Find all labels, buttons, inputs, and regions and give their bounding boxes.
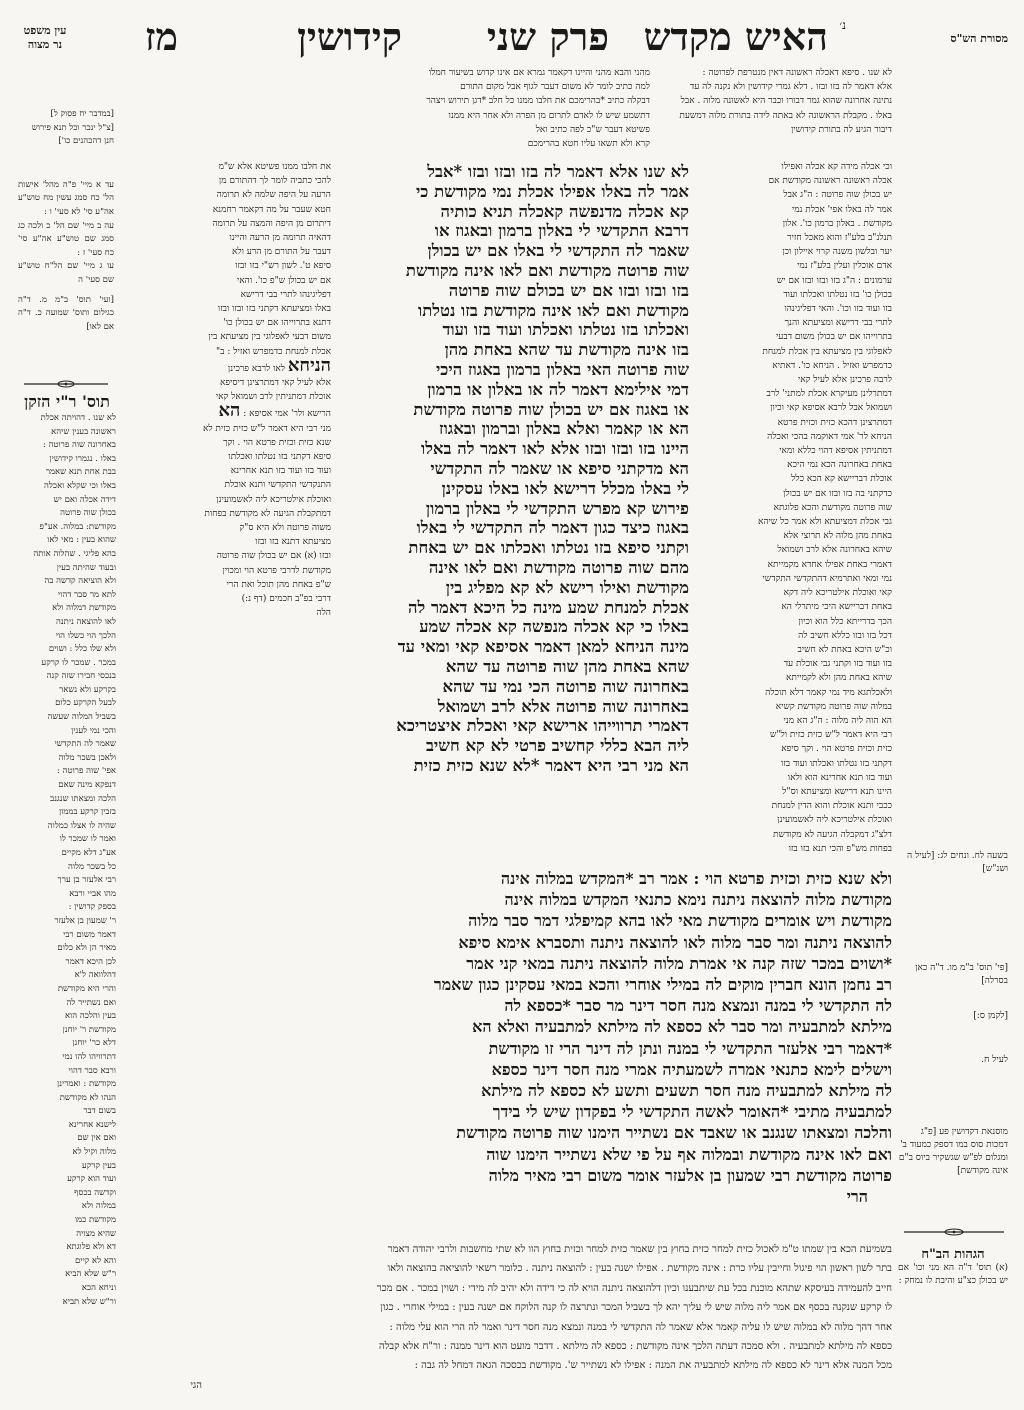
rashi-line: בכולן כו' בזו נטלתו ואכלתו ועוד	[692, 288, 892, 302]
rashi-line: אלא דאמר לה בזו ובזו . דלא גמרי קידושין …	[654, 80, 892, 94]
gemara-line: מהם שוה פרוטה מקודשת ואם לאו אינה	[359, 558, 689, 578]
rashi-line: אדם אוכלין ועלין בלע"ז נמי	[692, 259, 892, 273]
gemara-line: ואכלתו בזו נטלתו ואכלתו ועוד בזו ועוד	[359, 320, 689, 340]
tosafot-line: קרא ולא תשאו עליו חטא בהרימכם	[380, 137, 650, 151]
tosafot-rid-line: ר' שמעון בן אלעזר	[18, 915, 116, 929]
gemara-line: היינו בזו ובזו ובזו אלא לאו דאמר לה באלו	[359, 439, 689, 459]
tosafot-rid-line: וניחא הכא	[18, 1282, 116, 1296]
tosafot-rid-line: לא שנו . דהויתה אכלת	[18, 412, 116, 426]
rashi-line: אמר לה באלו אפי' אכלת נמי	[692, 203, 892, 217]
rashi-line: הכך בדרייתא כלל הוא וכיון	[692, 615, 892, 629]
rashi-line: דמתרלינן מעיקרא אכלת למתני' לרב	[692, 387, 892, 401]
tosafot-rid-line: מקודשת ר' יוחנן	[18, 1024, 116, 1038]
rashi-line: בתרוייהו אם יש בכולן משום דבעי	[692, 330, 892, 344]
tosafot-rid-line: וקדשה בכסף	[18, 1187, 116, 1201]
gemara-wide-line: להוצאה ניתנה ומר סבר מלוה לאו להוצאה נית…	[132, 932, 892, 953]
gemara-line: באלו כי קא אכלה מנפשה קא אכלה שמע	[359, 617, 689, 637]
tosafot-rid-line: בנכסי חבירו שזה קנה	[18, 670, 116, 684]
rashi-line: לא שנו . סיפא דאכלה ראשונה דאין מנטרפת ל…	[654, 66, 892, 80]
tosafot-heading-word: הניחא	[288, 355, 331, 376]
tosafot-rid-line: בעין והלכה הוא	[18, 1010, 116, 1024]
tosafot-rid-line: שהיה לו אצלו כמלוה	[18, 820, 116, 834]
rashi-line: ולאכלתגא מיד נמי קאמר דלא תוכלה	[692, 686, 892, 700]
tosafot-rid-line: בשביל המלוה שעשה	[18, 711, 116, 725]
tosafot-line: דבקלה כתיב *בהרימכם את חלבו ממנו כל חלב …	[380, 94, 650, 108]
gemara-line: הא או קאמר ואלא באלון וברמון ובאגוז	[359, 419, 689, 439]
tosafot-line: משום דבעי לאפלוגי בין מציעתא בין	[126, 330, 331, 344]
rashi-line: הא הוה ליה מלוה : ה"ג הא מני	[692, 714, 892, 728]
tosafot-rid-line: במלוה ולא	[18, 1200, 116, 1214]
rashi-line: רבי היא דאמר ל"ש כזית כזית ול"ש	[692, 728, 892, 742]
tosafot-rid-line: דתרוויהו להו נמי	[18, 1051, 116, 1065]
tosafot-line: מקודשת לדרבי פרטא הוי ומכוין	[126, 564, 331, 578]
tosafot-line-text: הרישא ולר' אמי אסיפא :	[243, 409, 331, 419]
ein-mishpat-label: עין משפט נר מצוה	[16, 24, 74, 52]
tosafot-rid-line: שהיא מצויה	[18, 1228, 116, 1242]
rashi-line: כזית וכזית פרטא הוי . וקך סיפא	[692, 742, 892, 756]
rashi-line: דאמרי באחת אפילו אחדא מקמייתא	[692, 558, 892, 572]
tosafot-rid-line: הלכה ומצאתו שנגנב	[18, 793, 116, 807]
folio-mark: נ׳	[839, 18, 846, 33]
tosafot-rid-line: ועוד הוא קרקע	[18, 1173, 116, 1187]
rashi-line: ועוד בזו תנא אחרינא הוא ולאו	[692, 771, 892, 785]
rashi-line: באחת באחרונה הכא נמי היכא	[692, 458, 892, 472]
tosafot-rid-line: מלוה וקיל לא	[18, 1146, 116, 1160]
tosafot-rid-column: תוס' ר"י הזקן לא שנו . דהויתה אכלת ראשונ…	[18, 392, 116, 1407]
gemara-line: בזו אינה מקודשת עד שהא באחת מהן	[359, 340, 689, 360]
rashi-line: לרבה פרכינן אלא לעיל קאי	[692, 373, 892, 387]
rashi-line: אוכלת דבריישא קא הכא כלל	[692, 472, 892, 486]
gemara-line: לי באלו מכלל דרישא לאו באלו עסקינן	[359, 479, 689, 499]
tosafot-rid-line: באלו . נגמרו קידושין	[18, 453, 116, 467]
gemara-wide-line: רב נחמן הונא חברין מוקים לה במילי אוחרי …	[132, 974, 892, 995]
masoret-note: לעיל ח.	[898, 1054, 1008, 1067]
tosafot-line: דהאיה תרומה מן הרעה והיינו	[126, 231, 331, 245]
ein-mishpat-note: [ועי' תוס' ב"מ מ. ד"ה כגילום ותוס' שמועה…	[18, 294, 114, 335]
tosafot-rid-line: בבת אחת תנא שאמר	[18, 466, 116, 480]
tosafot-line: סיפא ט'. לשון רש"י בזו ובזו	[126, 259, 331, 273]
tosafot-line: דתשמע שיש לו לאדם לתרום מן הפרה ולא אחר …	[380, 109, 650, 123]
tosafot-rid-title: תוס' ר"י הזקן	[18, 392, 116, 412]
tosafot-rid-line: מקודשת כמו	[18, 1214, 116, 1228]
tosafot-line: דיתרום מן היפה והמצה על תרומה	[126, 217, 331, 231]
rashi-bottom-line: כספא לה מילתא למתבעיה . ולא סמכה דעתה הל…	[132, 1337, 892, 1356]
gemara-line: דמי אילימא דאמר לה או באלון או ברמון	[359, 380, 689, 400]
tosafot-rid-line: לתא מר סבר דהוי	[18, 589, 116, 603]
rashi-line: לאפלוגי בין מציעתא בין אכלת למנחת	[692, 345, 892, 359]
tosafot-line: דעבר על התורם מן הרע ולא	[126, 245, 331, 259]
tosafot-line: חטא שעבר על מה דקאמר רחמנא	[126, 203, 331, 217]
gemara-line: ליה הבא כללי קחשיב פרטי לא קא חשיב	[359, 736, 689, 756]
tosafot-rid-line: כל בשכר מלוה	[18, 861, 116, 875]
tosafot-rid-line: הנהו לא מקודשת	[18, 1092, 116, 1106]
tosafot-line: מני רבי היא דאמר ל"ש כזית כזית לא	[126, 422, 331, 436]
tosafot-rid-line: באלו וכי שקלא ואכלה	[18, 480, 116, 494]
tosafot-rid-line: שאמר לה התקדשי	[18, 738, 116, 752]
tosafot-line: התנקדשי התקדשי ותנא אוכלת	[126, 478, 331, 492]
gemara-wide-line: וישלים לימא כתנאי אמרה לשמעתיה אמרי מנה …	[132, 1059, 892, 1080]
gemara-line: לא שנו אלא דאמר לה בזו ובזו ובזו *אבל	[359, 162, 689, 182]
rashi-line: כדקתני בה בזו ובזו אם יש בכולן	[692, 487, 892, 501]
tosafot-top-block: מהני והבא מהני והיינו דקאמר גמרא אם אינו…	[380, 66, 650, 158]
tosafot-rid-line: ואם אין שם	[18, 1132, 116, 1146]
tosafot-rid-line: בזבין קרקע בממון	[18, 806, 116, 820]
tosafot-line: באלו ומציעתא דקתני בזו ובזו ובזו	[126, 302, 331, 316]
gemara-wide-line: ואם לאו אינה מקודשת ובמלוה אף על פי שלא …	[132, 1144, 892, 1165]
ner-mitzvah-label-text: נר מצוה	[16, 38, 74, 52]
tosafot-rid-line: מקודשת : ואמרינן	[18, 1078, 116, 1092]
ornament-divider	[904, 1228, 1004, 1236]
rashi-line: גבי אכלת דמציעתא ולא אמר כל שיהא	[692, 515, 892, 529]
rashi-line: הניחא לר' אמי דאוקמה בהכי ואכלה	[692, 430, 892, 444]
rashi-line: אכלה ראשונה ראשונה מקודשת אם	[692, 174, 892, 188]
tosafot-line: מציעתא דתנא בזו ובזו	[126, 535, 331, 549]
rashi-line: שיהא באחרונה אלא לרב ושמואל	[692, 543, 892, 557]
gemara-wide-line: פרוטה מקודשת רבי שמעון בן אלעזר אומר משו…	[132, 1165, 892, 1186]
tosafot-rid-line: מקודשת: במלוה. אע"פ	[18, 521, 116, 535]
tosafot-rid-line: מקודשת דמלוה ולא	[18, 602, 116, 616]
tosafot-rid-line: בעין קרקע	[18, 1160, 116, 1174]
tosafot-line: מהני והבא מהני והיינו דקאמר גמרא אם אינו…	[380, 66, 650, 80]
rashi-line: נתינה אחרונה שהוא גמר דבורו וכבר היא לאש…	[654, 94, 892, 108]
gemara-line: אכלת למנחת שמע מינה כל היכא דאמר לה	[359, 598, 689, 618]
gemara-line: מינה הניחא למאן דאמר אסיפא קאי ומאי עד	[359, 637, 689, 657]
rashi-line: ערמונים : ה"ג בזו ובזו ובזו אם יש	[692, 274, 892, 288]
tosafot-rid-line: ורבא סבר דהוי	[18, 1065, 116, 1079]
rashi-bottom-block: בשמיעת הכא בין שמתו ט"מ לאכול כזית למחר …	[132, 1240, 892, 1405]
rashi-line: דיבור הגיע לה בתורת קידושין	[654, 123, 892, 137]
gemara-line: שהא באחת מהן שוה פרוטה עד שהא	[359, 657, 689, 677]
rashi-line: נמי ומאי ואתרמיא דהתקדשי התקדשי	[692, 572, 892, 586]
gemara-line: דאמרי תרווייהו ארישא קאי ואכלת איצטריכא	[359, 716, 689, 736]
ein-mishpat-column: [במדבר יח פסוק ל] [צ"ל ינכר וכל תנא פירו…	[18, 108, 114, 383]
rashi-bottom-line: מכל המנה אלא דינר לא כספא לה מילתא למתבע…	[132, 1356, 892, 1375]
tosafot-line: אלא לעיל קאי דמתרצינן דיסיפא	[126, 376, 331, 390]
page-header: מסורת הש"ס נ׳ האיש מקדש פרק שני קידושין …	[0, 14, 1024, 64]
tosafot-line: סיפא דקתני בזו נטלתו ואכלתו	[126, 450, 331, 464]
gemara-line: וקתני סיפא בזו נטלתו ואכלתו אם יש באחת	[359, 538, 689, 558]
gemara-wide-line: *דאמר רבי אלעזר התקדשי לי במנה ונתן לה ד…	[132, 1038, 892, 1059]
rashi-line: קאי ואוכלת אילטריכא ליה דקא	[692, 586, 892, 600]
rashi-line: דכל בזו ובזו כללא חשיב לה	[692, 629, 892, 643]
tosafot-dibbur-heading: הניחא לאו לרבא פרכינן	[126, 359, 331, 376]
tosafot-line: למה כתיב לומר לא משום דעבר לגוף אבל מקום…	[380, 80, 650, 94]
tosafot-rid-line: אפי' שוה פרוטה :	[18, 765, 116, 779]
masoret-note: [פי' תוס' ב"מ מו. ד"ה כאן בסרלה]	[898, 962, 1008, 988]
tosafot-rid-line: מאיר הן ולא כלום	[18, 942, 116, 956]
rashi-line: יער ובלשון משנה קרוי איילון וכן	[692, 245, 892, 259]
rashi-line: בזו ועוד בזו וכו'. והאי דפליגינהו	[692, 302, 892, 316]
tosafot-rid-line: דא ולא פלוגתא	[18, 1241, 116, 1255]
rashi-bottom-line: בשמיעת הכא בין שמתו ט"מ לאכול כזית למחר …	[132, 1240, 892, 1259]
gemara-line: שוה פרוטה האי באלון ברמון באגוז היכי	[359, 360, 689, 380]
masoret-note: בשעה לח. ונחים לג: [לעיל ה ושנ"ש]	[898, 850, 1008, 876]
tosafot-rid-line: לכן היכא דאמר	[18, 956, 116, 970]
rashi-line: באלו . מקבלת הראשונה לא באתה לידה בתורת …	[654, 109, 892, 123]
rashi-line: כדמפרש ואזיל . הניחא כו'. דאתיא	[692, 359, 892, 373]
folio-number: מז	[145, 14, 178, 60]
tosafot-line: לאו לרבא פרכינן	[228, 364, 285, 374]
gemara-line: באחרונה שוה פרוטה אלא לרב ושמואל	[359, 697, 689, 717]
rashi-line: וכ"ש היכא באחת לא חשיב	[692, 643, 892, 657]
tosafot-column: את חלבו ממנו פשיטא אלא ש"מ להכי כתביה לו…	[126, 160, 331, 860]
tosafot-line: הרישא ולר' אמי אסיפא : הא	[126, 404, 331, 421]
gemara-line: מקודשת ואילו רישא לא קא מפליג בין	[359, 578, 689, 598]
rashi-line: בזו ועוד בזו וקתני גבי אוכלת עד	[692, 657, 892, 671]
tosafot-rid-line: הלכך הוי כשלו הוי	[18, 630, 116, 644]
hagahot-title: הגהות הב"ח	[898, 1246, 1008, 1262]
tosafot-rid-line: דידה אכלה ואם יש	[18, 494, 116, 508]
tosafot-rid-line: ואם נשתייר לה	[18, 997, 116, 1011]
tosafot-rid-line: דאמר משום רבי	[18, 929, 116, 943]
gemara-line: פירוש קא מפרש התקדשי לי באלון ברמון	[359, 499, 689, 519]
rashi-line: ככבי ותנא אוכלת והוא הדין למנחת	[692, 799, 892, 813]
gemara-line: בזו ובזו ובזו אם יש בכולם שוה פרוטה	[359, 281, 689, 301]
ein-mishpat-label-text: עין משפט	[16, 24, 74, 38]
rashi-bottom-line: בתר לשון ראשון הוי פיגול וחייבין עליו כר…	[132, 1259, 892, 1278]
tosafot-line: דמתקבלת הגיעה לא מקודשת בפחות	[126, 507, 331, 521]
gemara-wide-line: לה מילתא למתבעיה מנה חסר תשעים ותשע לא כ…	[132, 1080, 892, 1101]
gemara-wide-line: מילתא למתבעיה ומר סבר לא כספא לה מילתא ל…	[132, 1016, 892, 1037]
tosafot-line: ואוכלת אילטריכא ליה לאשמועינן	[126, 493, 331, 507]
tosafot-rid-line: שהוא בעין : מאי לאו	[18, 534, 116, 548]
rashi-line: היינו תנא דרישא ומציעתא וס"ל	[692, 785, 892, 799]
gemara-line: הא מדקתני סיפא או שאמר לה התקדשי	[359, 459, 689, 479]
gemara-line: קא אכלה מדנפשה קאכלה תניא כותיה	[359, 202, 689, 222]
rashi-top-block: לא שנו . סיפא דאכלה ראשונה דאין מנטרפת ל…	[654, 66, 892, 158]
tosafot-rid-line: ולא הוציאה קדשה בה	[18, 575, 116, 589]
gemara-wide-line: *ושוים במכר שזה קנה אי אמרת מלוה להוצאה …	[132, 953, 892, 974]
gemara-line: מקודשת ואם לאו אינה מקודשת בזו נטלתו	[359, 301, 689, 321]
hagahot-box: הגהות הב"ח (א) תוס' ד"ה הא מני וכו' אם י…	[898, 1246, 1008, 1287]
tosafot-rid-text: לא שנו . דהויתה אכלת ראשונה בענין שיהא ב…	[18, 412, 116, 1309]
ein-mishpat-ref: חנן דהכהנים כו']	[18, 135, 114, 149]
gemara-wide-line: לה התקדשי לי במנה ונמצא מנה חסר דינר מר …	[132, 995, 892, 1016]
hagahot-text: (א) תוס' ד"ה הא מני וכו' אם יש בכולן כצ"…	[898, 1262, 1008, 1287]
gemara-line: שוה פרוטה מקודשת ואם לאו אינה מקודשת	[359, 261, 689, 281]
gemara-catchword: הרי	[132, 1186, 892, 1207]
tosafot-rid-line: ראשונה בענין שיהא	[18, 426, 116, 440]
tosafot-rid-line: מהו אביי ורבא	[18, 888, 116, 902]
tosafot-rid-line: באחרונה שוה פרוטה :	[18, 439, 116, 453]
rashi-line: דלצ"ג דמקבלה הגיעה לא מקודשת	[692, 828, 892, 842]
rashi-line: בפחות מש"פ והכי תנא בזו בזו	[692, 842, 892, 856]
ein-mishpat-ref: [צ"ל ינכר וכל תנא פירוש	[18, 122, 114, 136]
rashi-catchword: הגי	[132, 1376, 892, 1395]
rashi-column: וכי אכלה מידה קא אכלה ואפילו אכלה ראשונה…	[692, 160, 892, 860]
rashi-line: ואוכלת אילטריכא ליה לאשמועינן	[692, 813, 892, 827]
rashi-line: לתרי בבי דרישא ומציעתא והנך	[692, 316, 892, 330]
rashi-line: ושמואל אבל לרבא אסיפא קאי וכיון	[692, 401, 892, 415]
tosafot-rid-line: ואמר לו שמכר לו	[18, 833, 116, 847]
gemara-line: אמר לה באלו אפילו אכלת נמי מקודשת כי	[359, 182, 689, 202]
rashi-line: במלוה שוה פרוטה מקודשת קשיא	[692, 700, 892, 714]
tosafot-rid-line: ור"ש שלא תביא	[18, 1296, 116, 1310]
talmud-page: מסורת הש"ס נ׳ האיש מקדש פרק שני קידושין …	[0, 0, 1024, 1410]
gemara-main-text: לא שנו אלא דאמר לה בזו ובזו ובזו *אבל אמ…	[359, 162, 689, 862]
tosafot-rid-line: בספק קדושין :	[18, 901, 116, 915]
gemara-line: באגוז כיצד כגון דאמר לה התקדשי לי באלו	[359, 518, 689, 538]
tosafot-line: את חלבו ממנו פשיטא אלא ש"מ	[126, 160, 331, 174]
ein-mishpat-entry: עד א מיי' פ"ה מהל' אישות הל' כח סמג עשין…	[18, 179, 114, 220]
rashi-line: באחת דבריישא היכי מיתרלי הא	[692, 600, 892, 614]
chapter-number-label: פרק שני	[487, 14, 609, 60]
tosafot-rid-line: והא לא קיים	[18, 1255, 116, 1269]
tosafot-line: ועוד בזו ועוד בזו תנא אחרינא	[126, 464, 331, 478]
tosafot-line: אם יש בכולן ש"פ כו'. והאי	[126, 274, 331, 288]
tosafot-rid-line: בשום דבר	[18, 1105, 116, 1119]
tosafot-rid-line: ולא שלו כלל : ושוים	[18, 643, 116, 657]
tosafot-rid-line: בכולן שוה פרוטה	[18, 507, 116, 521]
ein-mishpat-entry: עו ג מיי' שם הל"ח טוש"ע שם סעי' ה	[18, 260, 114, 287]
rashi-bottom-line: לו קרקע שנקנה בכסף אם אמר ליה מלוה שיש ל…	[132, 1298, 892, 1317]
ein-mishpat-entry: עה ב מיי' שם הל' כ ולכה כג סמג שם טוש"ע …	[18, 220, 114, 261]
rashi-bottom-line: חייב להעמידה בעיסקא שתהא מוכנת בכל עת שי…	[132, 1279, 892, 1298]
tosafot-rid-line: ובעוד שהיתה בעין	[18, 562, 116, 576]
tosafot-rid-line: ר"ש שלא הביא	[18, 1268, 116, 1282]
gemara-wide-line: והלכה ומצאתו שנגנב או שאבד אם נשתייר הימ…	[132, 1122, 892, 1143]
tosafot-rid-line: דנפקא מינה שאם	[18, 779, 116, 793]
tosafot-rid-line: בהא פליגי . שהלוה אותה	[18, 548, 116, 562]
tosafot-rid-line: לבעל הקרקע כלום	[18, 697, 116, 711]
tosafot-rid-line: והכי נמי לענין	[18, 725, 116, 739]
tosafot-line: ובזו (א) אם יש בכולן שוה פרוטה	[126, 549, 331, 563]
rashi-line: מקודשת . באלון ברמון כו'. אלון	[692, 217, 892, 231]
tosafot-line: דפליגינהו לתרי בבי דרישא	[126, 288, 331, 302]
masoret-note: [לקמן ס:]	[898, 1010, 1008, 1023]
rashi-line: שוה פרוטה מקודשת והכא פלוגתא	[692, 501, 892, 515]
rashi-line: יש בכולן שוה פרוטה : ה"ג אבל	[692, 188, 892, 202]
rashi-line: שיהא באחת מהן ולא לקמייתא	[692, 671, 892, 685]
tosafot-rid-line: והרי היא מקודשת	[18, 983, 116, 997]
gemara-line: באחרונה שוה פרוטה הכי נמי עד שהא	[359, 677, 689, 697]
tosafot-rid-line: לאו להוצאה ניתנה	[18, 616, 116, 630]
tosafot-line: שנא כזית וכזית פרטא הוי . וקך	[126, 436, 331, 450]
gemara-line: דרבא התקדשי לי באלון ברמון ובאגוז או	[359, 221, 689, 241]
gemara-line: או באגוז אם יש בכולן שוה פרוטה מקודשת	[359, 400, 689, 420]
tosafot-rid-line: ולאכן בשכר מלוה	[18, 752, 116, 766]
gemara-wide-text: ולא שנא כזית וכזית פרטא הוי : אמר רב *המ…	[132, 868, 892, 1223]
tosafot-line: משוה פרוטה ולא היא ס"ק	[126, 521, 331, 535]
masoret-note: מוסנאת דקדושין פע [פ"ג דמכות סוס במו דספ…	[898, 1126, 1008, 1178]
masoret-label: מסורת הש"ס	[950, 32, 1008, 46]
gemara-line: הא מני רבי היא דאמר *לא שנא כזית כזית	[359, 756, 689, 776]
tosafot-line: פשיטא דעבר ש"כ לפה כתיב ואל	[380, 123, 650, 137]
gemara-wide-line: למתבעיה מתיבי *האומר לאשה התקדשי לי בפקד…	[132, 1101, 892, 1122]
rashi-line: דמתרצינן דהכא כזית וכזית פרטא	[692, 416, 892, 430]
rashi-line: וכי אכלה מידה קא אכלה ואפילו	[692, 160, 892, 174]
tosafot-rid-line: דלא כר' יוחנן	[18, 1037, 116, 1051]
tosafot-line: ש"פ באחת מהן תוכל ואת הרי	[126, 578, 331, 592]
tosafot-rid-line: אע"ג דלא מקיים	[18, 847, 116, 861]
ein-mishpat-ref: [במדבר יח פסוק ל]	[18, 108, 114, 122]
tosafot-rid-line: דהלוואה ל'א	[18, 969, 116, 983]
tosafot-line: להכי כתביה לומר לך דהתורם מן	[126, 174, 331, 188]
rashi-line: באחת מהן מלוה לא תרוצי אלא	[692, 529, 892, 543]
rashi-bottom-line: אחר דהך מלוה לא במלוה שיש לו עליה קאמר א…	[132, 1318, 892, 1337]
gemara-wide-line: ולא שנא כזית וכזית פרטא הוי : אמר רב *המ…	[132, 868, 892, 889]
tosafot-rid-line: במכר . שמכר לו קרקע	[18, 657, 116, 671]
rashi-line: דקתני בזו נטלתו ואכלתו ועוד בזו	[692, 757, 892, 771]
tosafot-line: הרעה על היפה שלמה לא תרומה	[126, 188, 331, 202]
chapter-title: האיש מקדש	[644, 14, 828, 60]
tosafot-line: דתנא בתרוייהו אם יש בכולן כו'	[126, 316, 331, 330]
tosafot-line: דרבי בפ"ב חכמים (דף נ:)	[126, 592, 331, 606]
tosafot-rid-line: רבי אלעזר בן ערך	[18, 874, 116, 888]
rashi-line: דמתניתין אסיפא דהוי כללא ומאי	[692, 444, 892, 458]
tractate-name: קידושין	[297, 14, 402, 60]
gemara-wide-line: מקודשת מלוה להוצאה ניתנה נימא כתנאי המקד…	[132, 889, 892, 910]
rashi-line: תנלנ"ב בלע"ז והוא מאכל חזיר	[692, 231, 892, 245]
tosafot-line: הלה	[126, 606, 331, 620]
tosafot-rid-line: לישנא אחרינא	[18, 1119, 116, 1133]
ornament-divider	[24, 380, 108, 388]
gemara-line: שאמר לה התקדשי לי באלו אם יש בכולן	[359, 241, 689, 261]
gemara-wide-line: מקודשת ויש אומרים מקודשת מאי לאו בהא קמי…	[132, 910, 892, 931]
tosafot-rid-line: בקרקע ולא נשאר	[18, 684, 116, 698]
tosafot-heading-word: הא	[218, 400, 240, 421]
